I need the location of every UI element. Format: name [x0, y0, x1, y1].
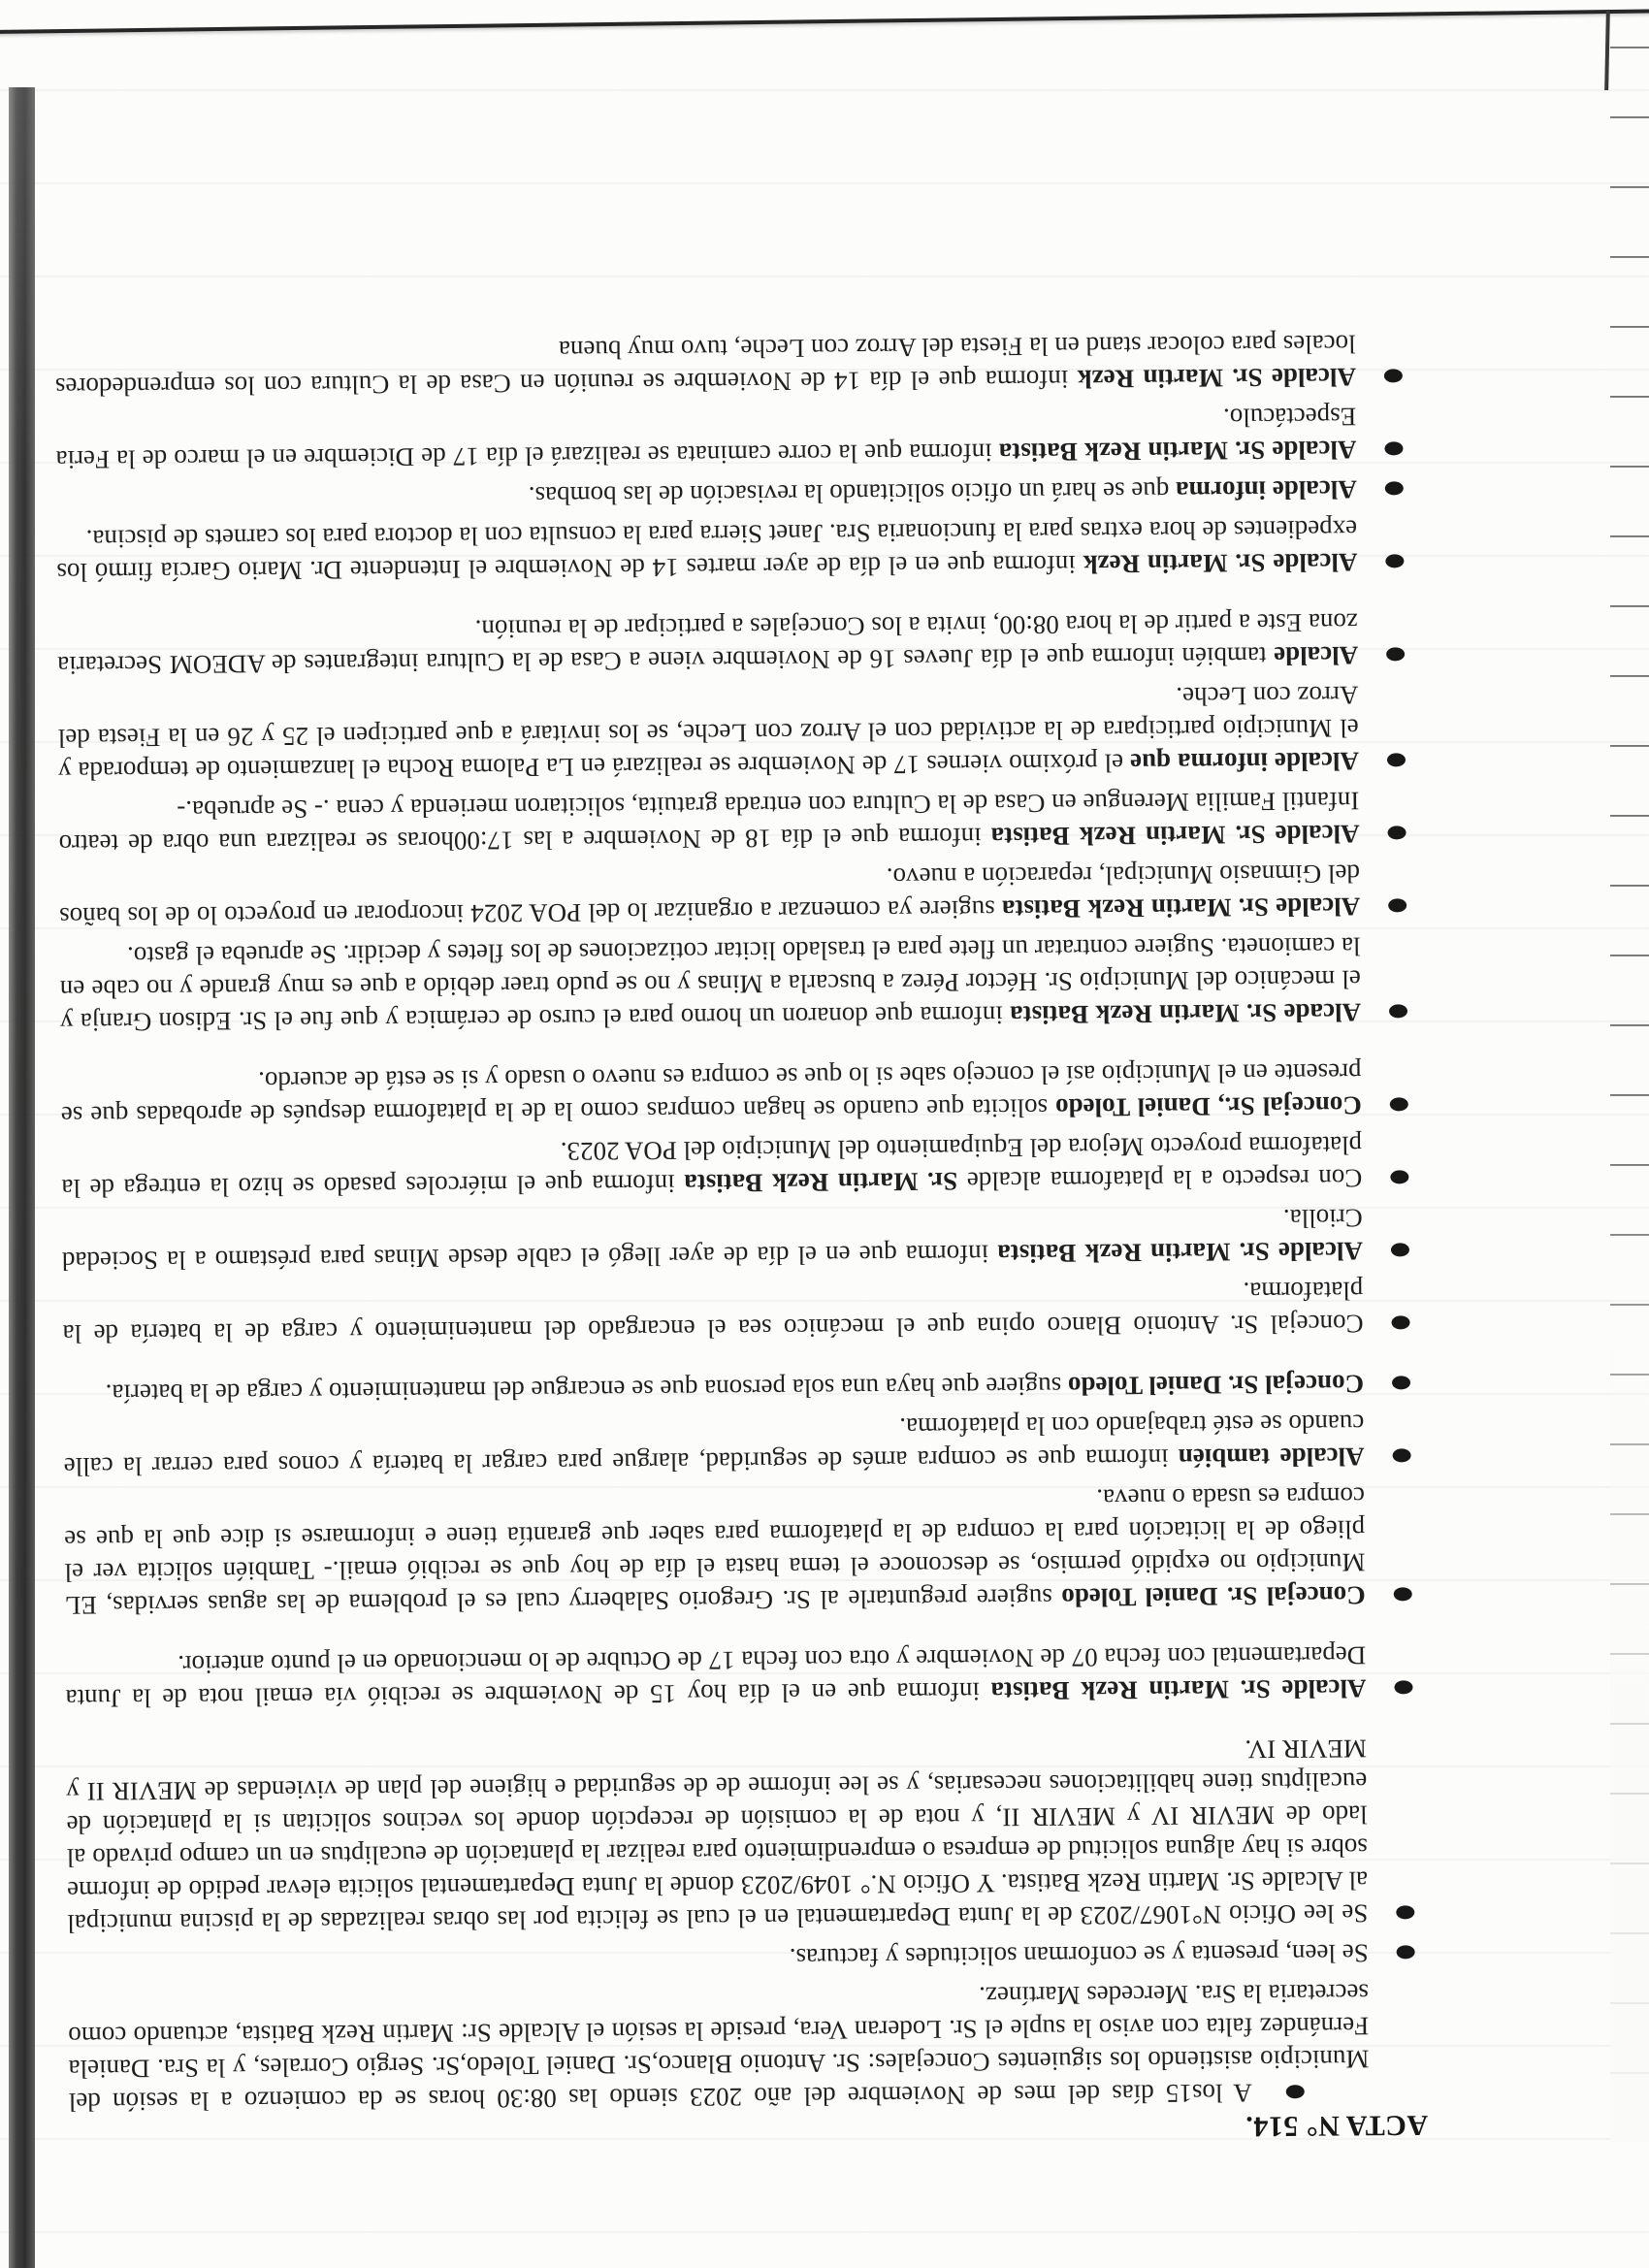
- bullet-dot-icon: [1394, 1680, 1412, 1694]
- bullet-text-bold: Alcalde Sr. Martin Rezk Batista: [990, 1674, 1366, 1706]
- minutes-bullet-list: A los15 días del mes de Noviembre del añ…: [54, 320, 1431, 2119]
- bullet-text-bold: Alcalde informa: [1176, 475, 1357, 505]
- bullet-item: Alcade Sr. Martin Rezk Batista informa q…: [59, 929, 1423, 1039]
- bullet-item: Se lee Oficio N°1067/2023 de la Junta De…: [66, 1732, 1431, 1940]
- bullet-dot-icon: [1396, 1905, 1414, 1919]
- bullet-dot-icon: [1394, 1587, 1412, 1601]
- bullet-text: informa que se compra arnés de seguridad…: [64, 1409, 1365, 1482]
- bullet-text: Se lee Oficio N°1067/2023 de la Junta De…: [66, 1734, 1368, 1939]
- bullet-text-bold: Concejal Sr. Daniel Toledo: [1068, 1370, 1364, 1401]
- bullet-item: Alcalde informa que se hará un oficio so…: [56, 472, 1419, 516]
- bullet-dot-icon: [1397, 1945, 1415, 1959]
- bullet-item: Alcalde también informa que se compra ar…: [63, 1407, 1426, 1483]
- bullet-item: Alcalde Sr. Martin Rezk Batista informa …: [65, 1638, 1428, 1715]
- bullet-dot-icon: [1393, 1448, 1411, 1462]
- bullet-item: Alcalde informa que el próximo viernes 1…: [57, 678, 1421, 788]
- bullet-item: Concejal Sr. Daniel Toledo sugiere que h…: [63, 1367, 1426, 1410]
- bullet-text-bold: Alcalde Sr. Martin Rezk Batista: [997, 1237, 1363, 1269]
- bullet-dot-icon: [1389, 1004, 1407, 1018]
- bullet-item: A los15 días del mes de Noviembre del añ…: [68, 1976, 1432, 2119]
- bullet-text-bold: Sr. Martin Rezk Batista: [684, 1167, 957, 1198]
- bullet-item: Alcalde Sr. Martin Rezk informa que en e…: [56, 512, 1419, 589]
- bullet-item: Se leen, presenta y se conforman solicit…: [68, 1936, 1431, 1980]
- bullet-dot-icon: [1392, 1376, 1410, 1389]
- bullet-item: Concejal Sr. Antonio Blanco opina que el…: [62, 1274, 1425, 1350]
- bullet-dot-icon: [1385, 481, 1404, 495]
- bullet-item: Alcalde Sr. Martin Rezk Batista informa …: [55, 400, 1418, 476]
- bullet-text: sugiere que haya una sola persona que se…: [106, 1372, 1069, 1409]
- bullet-item: Con respecto a la plataforma alcalde Sr.…: [61, 1128, 1424, 1205]
- bullet-item: Alcalde también informa que el día Jueve…: [57, 605, 1420, 682]
- scanner-edge-shadow: [9, 87, 35, 2268]
- bullet-dot-icon: [1286, 2085, 1305, 2098]
- bullet-dot-icon: [1388, 826, 1406, 839]
- bullet-text-bold: Alcalde: [1274, 641, 1358, 671]
- bullet-text-pre: Con respecto a la plataforma alcalde: [957, 1164, 1362, 1196]
- bullet-dot-icon: [1387, 753, 1406, 766]
- bullet-text-bold: Alcalde Sr. Martin Rezk: [1078, 363, 1356, 394]
- bullet-dot-icon: [1391, 1315, 1409, 1329]
- bullet-text-bold: Concejal Sr. Daniel Toledo: [1061, 1581, 1366, 1612]
- bullet-dot-icon: [1390, 1097, 1408, 1111]
- bullet-text: A los15 días del mes de Noviembre del añ…: [68, 1979, 1369, 2118]
- bullet-dot-icon: [1391, 1243, 1409, 1256]
- bullet-item: Alcalde Sr. Martin Rezk informa que el d…: [55, 327, 1418, 404]
- bullet-dot-icon: [1388, 898, 1406, 912]
- bullet-text-bold: Concejal Sr., Daniel Toledo: [1055, 1091, 1362, 1122]
- bullet-text-bold: Alcalde Sr. Martin Rezk: [1083, 548, 1357, 579]
- bullet-text: que se hará un oficio solicitando la rev…: [529, 476, 1177, 510]
- bullet-text: Concejal Sr. Antonio Blanco opina que el…: [62, 1277, 1363, 1349]
- bullet-dot-icon: [1385, 554, 1404, 567]
- bullet-text: Se leen, presenta y se conforman solicit…: [790, 1939, 1369, 1973]
- bullet-text-bold: Alcade Sr. Martin Rezk Batista: [1010, 998, 1361, 1030]
- bullet-text-bold: Alcalde Sr. Martin Rezk Batista: [991, 820, 1360, 852]
- ruled-lines: [1610, 47, 1649, 2142]
- bullet-item: Alcalde Sr. Martin Rezk Batista informa …: [58, 784, 1421, 860]
- scanned-page: ACTA N° 514. A los15 días del mes de Nov…: [0, 0, 1649, 2268]
- bullet-text-bold: Alcalde también: [1179, 1442, 1365, 1474]
- bullet-dot-icon: [1384, 369, 1403, 382]
- upside-down-document: ACTA N° 514. A los15 días del mes de Nov…: [0, 0, 1649, 2268]
- bullet-item: Alcalde Sr. Martin Rezk Batista sugiere …: [59, 857, 1422, 933]
- bullet-text-bold: Alcalde Sr. Martin Rezk Batista: [999, 436, 1357, 468]
- bullet-text: también informa que el día Jueves 16 de …: [57, 608, 1358, 681]
- bullet-dot-icon: [1384, 441, 1403, 455]
- bullet-item: Concejal Sr. Daniel Toledo sugiere pregu…: [64, 1479, 1428, 1622]
- bullet-item: Concejal Sr., Daniel Toledo solicita que…: [60, 1055, 1423, 1132]
- bullet-item: Alcalde Sr. Martin Rezk Batista informa …: [62, 1201, 1425, 1278]
- page-title: ACTA N° 514.: [1245, 2108, 1429, 2142]
- bullet-text-bold: Alcalde Sr. Martin Rezk Batista: [1002, 892, 1360, 924]
- bullet-dot-icon: [1386, 647, 1405, 661]
- bullet-dot-icon: [1390, 1170, 1408, 1183]
- bullet-text-bold: Alcalde informa que: [1130, 747, 1359, 778]
